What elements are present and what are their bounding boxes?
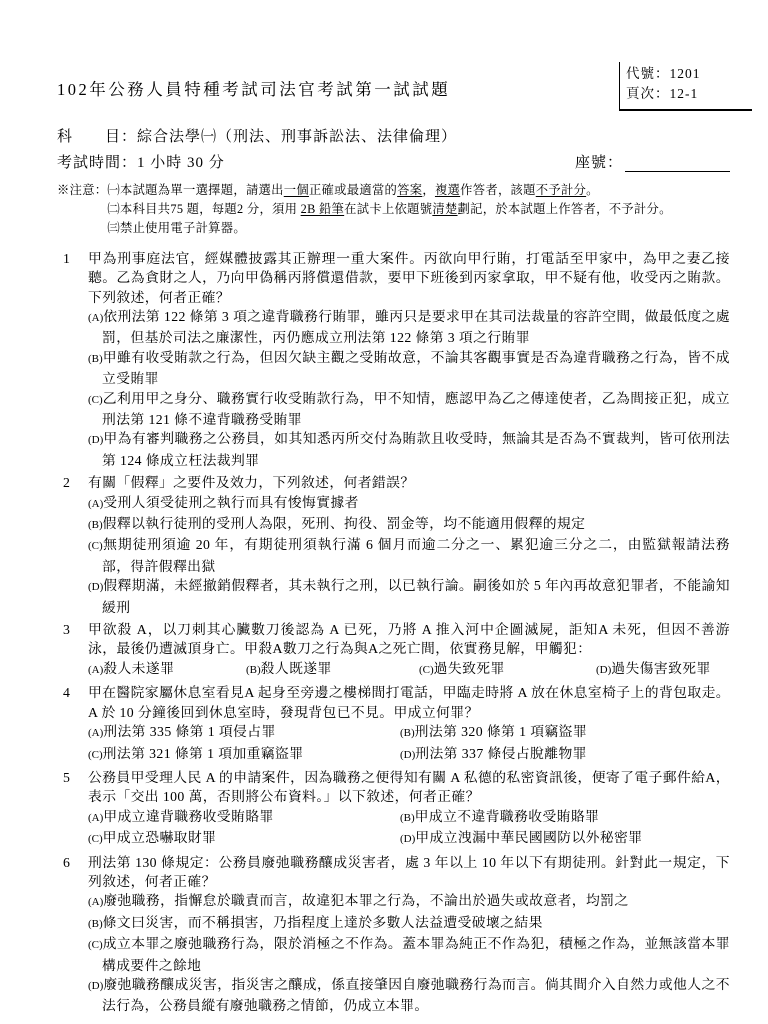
question-list: 1 甲為刑事庭法官，經媒體披露其正辦理一重大案件。丙欲向甲行賄，打電話至甲家中，…	[57, 249, 730, 1016]
notice-items: ㈠本試題為單一選擇題，請選出一個正確或最適當的答案，複選作答者，該題不予計分。 …	[107, 181, 730, 239]
option-text: 刑法第 321 條第 1 項加重竊盜罪	[103, 746, 304, 761]
question-stem: 公務員甲受理人民 A 的申請案件，因為職務之便得知有關 A 私德的私密資訊後，便…	[88, 768, 730, 807]
question-number: 2	[57, 473, 88, 617]
option-label: (D)	[400, 749, 415, 761]
question-stem: 刑法第 130 條規定：公務員廢弛職務釀成災害者，處 3 年以上 10 年以下有…	[88, 853, 730, 892]
notice-item-2: ㈡本科目共75 題，每題2 分，須用 2B 鉛筆在試卡上依題號清楚劃記，於本試題…	[107, 200, 730, 219]
option-text: 乙利用甲之身分、職務實行收受賄款行為，甲不知情，應認甲為乙之傳達使者，乙為間接正…	[102, 391, 730, 427]
option-text: 刑法第 335 條第 1 項侵占罪	[103, 724, 275, 739]
question-6: 6 刑法第 130 條規定：公務員廢弛職務釀成災害者，處 3 年以上 10 年以…	[57, 853, 730, 1016]
option-text: 假釋以執行徒刑的受刑人為限，死刑、拘役、罰金等，均不能適用假釋的規定	[103, 516, 586, 531]
option-B: (B)刑法第 320 條第 1 項竊盜罪	[400, 722, 730, 743]
option-label: (C)	[88, 540, 103, 552]
option-B: (B)條文曰災害，而不稱損害，乃指程度上達於多數人法益遭受破壞之結果	[88, 913, 730, 934]
option-text: 受刑人須受徒刑之執行而具有悛悔實據者	[103, 495, 359, 510]
question-3: 3 甲欲殺 A，以刀刺其心臟數刀後認為 A 已死，乃將 A 推入河中企圖滅屍，詎…	[57, 620, 730, 680]
option-text: 刑法第 320 條第 1 項竊盜罪	[415, 724, 587, 739]
option-grid: (A)刑法第 335 條第 1 項侵占罪 (B)刑法第 320 條第 1 項竊盜…	[88, 722, 730, 765]
option-C: (C)成立本罪之廢弛職務行為，限於消極之不作為。蓋本罪為純正不作為犯，積極之作為…	[88, 934, 730, 975]
option-text: 成立本罪之廢弛職務行為，限於消極之不作為。蓋本罪為純正不作為犯，積極之作為，並無…	[102, 936, 730, 972]
option-label: (D)	[88, 581, 103, 593]
option-label: (A)	[88, 896, 103, 908]
option-text: 殺人既遂罪	[261, 661, 332, 676]
option-label: (C)	[419, 664, 434, 676]
exam-page: 102年公務人員特種考試司法官考試第一試試題 代號：1201 頁次：12-1 科…	[0, 0, 768, 1024]
option-text: 甲成立洩漏中華民國國防以外秘密罪	[415, 830, 642, 845]
option-label: (A)	[88, 812, 103, 824]
question-number: 3	[57, 620, 88, 680]
option-label: (D)	[88, 434, 103, 446]
option-A: (A)殺人未遂罪	[88, 659, 246, 680]
question-stem: 甲欲殺 A，以刀刺其心臟數刀後認為 A 已死，乃將 A 推入河中企圖滅屍，詎知A…	[88, 620, 730, 659]
page-number: 頁次：12-1	[626, 84, 744, 104]
option-label: (D)	[88, 980, 103, 992]
option-grid: (A)甲成立違背職務收受賄賂罪 (B)甲成立不違背職務收受賄賂罪 (C)甲成立恐…	[88, 807, 730, 850]
option-text: 依刑法第 122 條第 3 項之違背職務行賄罪，雖丙只是要求甲在其司法裁量的容許…	[102, 309, 730, 345]
option-label: (B)	[246, 664, 261, 676]
option-label: (B)	[88, 918, 103, 930]
question-5: 5 公務員甲受理人民 A 的申請案件，因為職務之便得知有關 A 私德的私密資訊後…	[57, 768, 730, 850]
option-C: (C)乙利用甲之身分、職務實行收受賄款行為，甲不知情，應認甲為乙之傳達使者，乙為…	[88, 389, 730, 430]
time-value: 1 小時 30 分	[137, 155, 225, 171]
subject-line: 科 目：綜合法學㈠（刑法、刑事訴訟法、法律倫理）	[57, 125, 730, 146]
time-row: 考試時間：1 小時 30 分 座號：	[57, 151, 730, 172]
question-stem: 甲在醫院家屬休息室看見A 起身至旁邊之樓梯間打電話，甲臨走時將 A 放在休息室椅…	[88, 683, 730, 722]
option-C: (C)無期徒刑須逾 20 年，有期徒刑須執行滿 6 個月而逾二分之一、累犯逾三分…	[88, 535, 730, 576]
option-text: 過失致死罪	[434, 661, 505, 676]
question-2: 2 有關「假釋」之要件及效力，下列敘述，何者錯誤？ (A)受刑人須受徒刑之執行而…	[57, 473, 730, 617]
code-page-box: 代號：1201 頁次：12-1	[619, 62, 752, 111]
time-label: 考試時間：	[57, 155, 137, 171]
option-C: (C)過失致死罪	[419, 659, 596, 680]
option-text: 過失傷害致死罪	[611, 661, 710, 676]
option-D: (D)甲成立洩漏中華民國國防以外秘密罪	[400, 828, 730, 849]
option-label: (C)	[88, 833, 103, 845]
option-label: (A)	[88, 312, 103, 324]
option-A: (A)受刑人須受徒刑之執行而具有悛悔實據者	[88, 493, 730, 514]
question-4: 4 甲在醫院家屬休息室看見A 起身至旁邊之樓梯間打電話，甲臨走時將 A 放在休息…	[57, 683, 730, 765]
option-A: (A)依刑法第 122 條第 3 項之違背職務行賄罪，雖丙只是要求甲在其司法裁量…	[88, 307, 730, 348]
question-number: 4	[57, 683, 88, 765]
option-label: (C)	[88, 394, 103, 406]
option-label: (B)	[400, 812, 415, 824]
option-B: (B)甲雖有收受賄款之行為，但因欠缺主觀之受賄故意，不論其客觀事實是否為違背職務…	[88, 348, 730, 389]
option-text: 甲成立不違背職務收受賄賂罪	[415, 809, 600, 824]
option-text: 廢弛職務釀成災害，指災害之釀成，係直接肇因自廢弛職務行為而言。倘其間介入自然力或…	[102, 977, 730, 1013]
option-B: (B)甲成立不違背職務收受賄賂罪	[400, 807, 730, 828]
option-label: (A)	[88, 664, 103, 676]
option-A: (A)甲成立違背職務收受賄賂罪	[88, 807, 400, 828]
question-stem: 有關「假釋」之要件及效力，下列敘述，何者錯誤？	[88, 473, 730, 492]
notice: ※注意： ㈠本試題為單一選擇題，請選出一個正確或最適當的答案，複選作答者，該題不…	[57, 181, 730, 239]
question-number: 5	[57, 768, 88, 850]
option-text: 甲雖有收受賄款之行為，但因欠缺主觀之受賄故意，不論其客觀事實是否為違背職務之行為…	[102, 350, 730, 386]
code-number: 代號：1201	[626, 64, 744, 84]
option-label: (B)	[88, 519, 103, 531]
option-A: (A)廢弛職務，指懈怠於職責而言，故違犯本罪之行為，不論出於過失或故意者，均罰之	[88, 891, 730, 912]
option-label: (D)	[596, 664, 611, 676]
option-D: (D)刑法第 337 條侵占脫離物罪	[400, 744, 730, 765]
option-B: (B)殺人既遂罪	[246, 659, 419, 680]
option-label: (C)	[88, 749, 103, 761]
option-label: (B)	[88, 353, 103, 365]
question-number: 6	[57, 853, 88, 1016]
option-row: (A)殺人未遂罪 (B)殺人既遂罪 (C)過失致死罪 (D)過失傷害致死罪	[88, 659, 730, 680]
header: 102年公務人員特種考試司法官考試第一試試題 代號：1201 頁次：12-1	[57, 62, 730, 111]
question-1: 1 甲為刑事庭法官，經媒體披露其正辦理一重大案件。丙欲向甲行賄，打電話至甲家中，…	[57, 249, 730, 470]
notice-item-1: ㈠本試題為單一選擇題，請選出一個正確或最適當的答案，複選作答者，該題不予計分。	[107, 181, 730, 200]
subject-label: 科 目：	[57, 129, 137, 145]
option-text: 甲成立違背職務收受賄賂罪	[103, 809, 273, 824]
seat-number: 座號：	[575, 151, 730, 172]
option-text: 假釋期滿，未經撤銷假釋者，其未執行之刑，以已執行論。嗣後如於 5 年內再故意犯罪…	[102, 578, 730, 614]
notice-item-3: ㈢禁止使用電子計算器。	[107, 219, 730, 238]
option-text: 條文曰災害，而不稱損害，乃指程度上達於多數人法益遭受破壞之結果	[103, 915, 543, 930]
question-number: 1	[57, 249, 88, 470]
option-label: (A)	[88, 498, 103, 510]
option-label: (A)	[88, 727, 103, 739]
option-label: (D)	[400, 833, 415, 845]
option-text: 廢弛職務，指懈怠於職責而言，故違犯本罪之行為，不論出於過失或故意者，均罰之	[103, 893, 628, 908]
option-text: 刑法第 337 條侵占脫離物罪	[415, 746, 587, 761]
option-D: (D)過失傷害致死罪	[596, 659, 730, 680]
option-text: 甲成立恐嚇取財罪	[103, 830, 217, 845]
option-C: (C)刑法第 321 條第 1 項加重竊盜罪	[88, 744, 400, 765]
exam-title: 102年公務人員特種考試司法官考試第一試試題	[57, 76, 450, 100]
seat-blank-line	[625, 155, 730, 172]
option-label: (C)	[88, 939, 103, 951]
subject-value: 綜合法學㈠（刑法、刑事訴訟法、法律倫理）	[137, 129, 457, 145]
option-D: (D)假釋期滿，未經撤銷假釋者，其未執行之刑，以已執行論。嗣後如於 5 年內再故…	[88, 576, 730, 617]
seat-label: 座號：	[575, 151, 623, 172]
option-A: (A)刑法第 335 條第 1 項侵占罪	[88, 722, 400, 743]
option-B: (B)假釋以執行徒刑的受刑人為限，死刑、拘役、罰金等，均不能適用假釋的規定	[88, 514, 730, 535]
option-D: (D)廢弛職務釀成災害，指災害之釀成，係直接肇因自廢弛職務行為而言。倘其間介入自…	[88, 975, 730, 1016]
notice-prefix: ※注意：	[57, 181, 107, 239]
option-text: 殺人未遂罪	[103, 661, 174, 676]
option-label: (B)	[400, 727, 415, 739]
question-stem: 甲為刑事庭法官，經媒體披露其正辦理一重大案件。丙欲向甲行賄，打電話至甲家中，為甲…	[88, 249, 730, 307]
option-text: 甲為有審判職務之公務員，如其知悉丙所交付為賄款且收受時，無論其是否為不實裁判，皆…	[102, 431, 730, 467]
exam-time: 考試時間：1 小時 30 分	[57, 151, 225, 172]
option-C: (C)甲成立恐嚇取財罪	[88, 828, 400, 849]
option-D: (D)甲為有審判職務之公務員，如其知悉丙所交付為賄款且收受時，無論其是否為不實裁…	[88, 429, 730, 470]
option-text: 無期徒刑須逾 20 年，有期徒刑須執行滿 6 個月而逾二分之一、累犯逾三分之二，…	[102, 537, 730, 573]
